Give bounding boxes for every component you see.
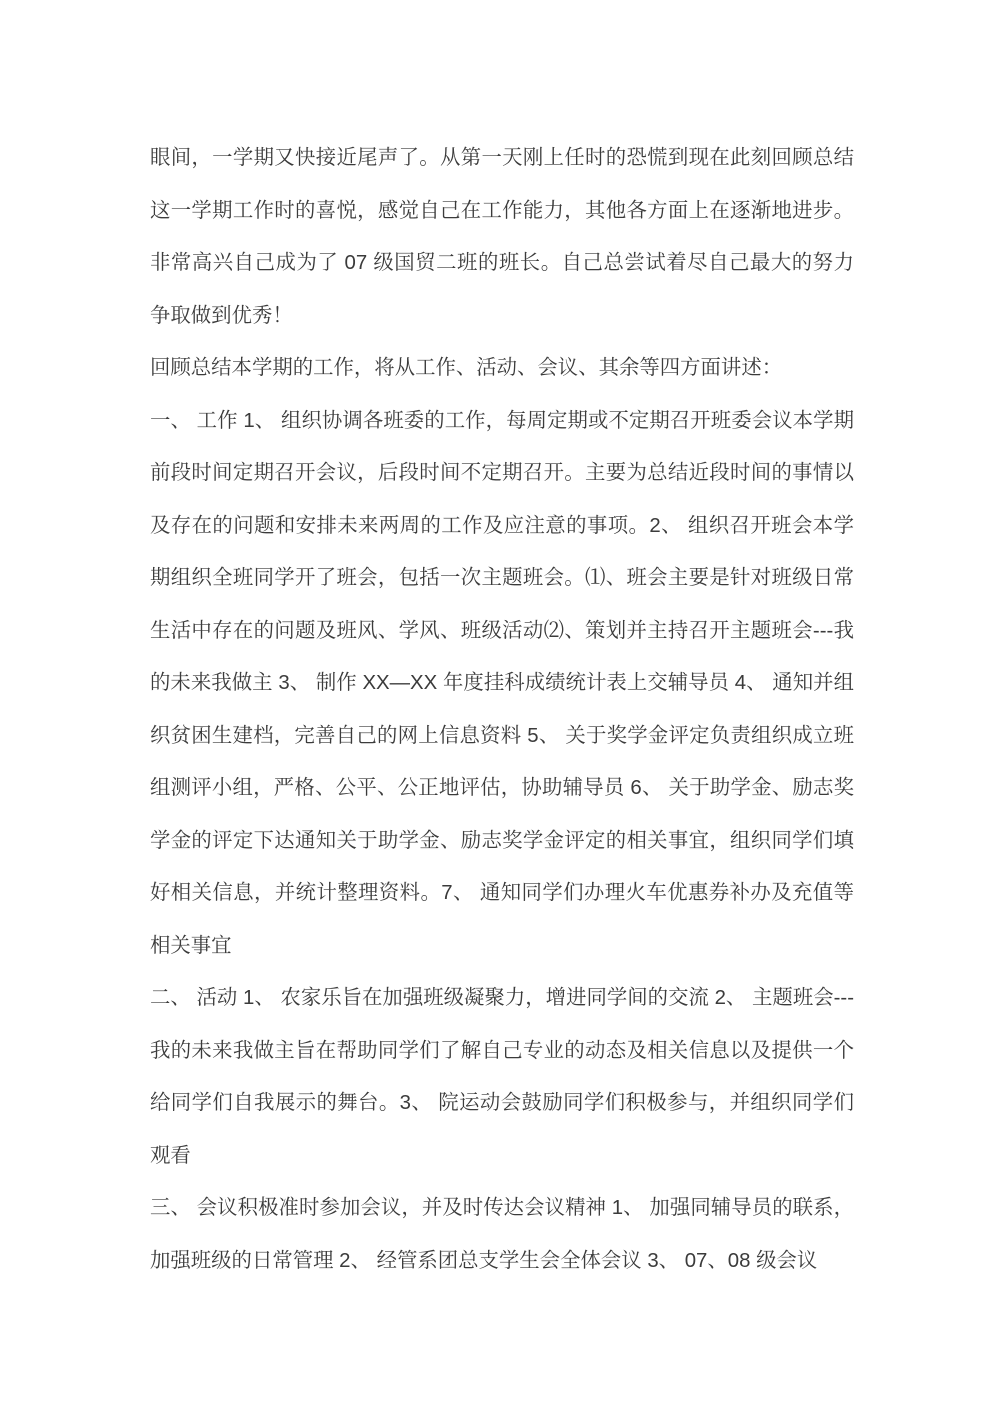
text-line: 前段时间定期召开会议，后段时间不定期召开。主要为总结近段时间的事情以 <box>150 447 854 500</box>
document-page: 眼间，一学期又快接近尾声了。从第一天刚上任时的恐慌到现在此刻回顾总结这一学期工作… <box>0 0 1000 1415</box>
text-line: 给同学们自我展示的舞台。3、 院运动会鼓励同学们积极参与，并组织同学们 <box>150 1077 854 1130</box>
document-body: 眼间，一学期又快接近尾声了。从第一天刚上任时的恐慌到现在此刻回顾总结这一学期工作… <box>150 132 854 1287</box>
text-line: 好相关信息，并统计整理资料。7、 通知同学们办理火车优惠券补办及充值等 <box>150 867 854 920</box>
text-line: 相关事宜 <box>150 920 854 973</box>
text-line: 非常高兴自己成为了 07 级国贸二班的班长。自己总尝试着尽自己最大的努力 <box>150 237 854 290</box>
text-line: 争取做到优秀！ <box>150 290 854 343</box>
text-line: 二、 活动 1、 农家乐旨在加强班级凝聚力，增进同学间的交流 2、 主题班会--… <box>150 972 854 1025</box>
text-line: 一、 工作 1、 组织协调各班委的工作，每周定期或不定期召开班委会议本学期 <box>150 395 854 448</box>
text-line: 回顾总结本学期的工作，将从工作、活动、会议、其余等四方面讲述： <box>150 342 854 395</box>
paragraph: 回顾总结本学期的工作，将从工作、活动、会议、其余等四方面讲述： <box>150 342 854 395</box>
text-line: 及存在的问题和安排未来两周的工作及应注意的事项。2、 组织召开班会本学 <box>150 500 854 553</box>
text-line: 眼间，一学期又快接近尾声了。从第一天刚上任时的恐慌到现在此刻回顾总结 <box>150 132 854 185</box>
text-line: 期组织全班同学开了班会，包括一次主题班会。⑴、班会主要是针对班级日常 <box>150 552 854 605</box>
text-line: 学金的评定下达通知关于助学金、励志奖学金评定的相关事宜，组织同学们填 <box>150 815 854 868</box>
text-line: 观看 <box>150 1130 854 1183</box>
paragraph: 眼间，一学期又快接近尾声了。从第一天刚上任时的恐慌到现在此刻回顾总结这一学期工作… <box>150 132 854 342</box>
text-line: 这一学期工作时的喜悦，感觉自己在工作能力，其他各方面上在逐渐地进步。 <box>150 185 854 238</box>
paragraph: 三、 会议积极准时参加会议，并及时传达会议精神 1、 加强同辅导员的联系，加强班… <box>150 1182 854 1287</box>
paragraph: 二、 活动 1、 农家乐旨在加强班级凝聚力，增进同学间的交流 2、 主题班会--… <box>150 972 854 1182</box>
text-line: 加强班级的日常管理 2、 经管系团总支学生会全体会议 3、 07、08 级会议 <box>150 1235 854 1288</box>
text-line: 生活中存在的问题及班风、学风、班级活动⑵、策划并主持召开主题班会---我 <box>150 605 854 658</box>
paragraph: 一、 工作 1、 组织协调各班委的工作，每周定期或不定期召开班委会议本学期前段时… <box>150 395 854 973</box>
text-line: 织贫困生建档，完善自己的网上信息资料 5、 关于奖学金评定负责组织成立班 <box>150 710 854 763</box>
text-line: 三、 会议积极准时参加会议，并及时传达会议精神 1、 加强同辅导员的联系， <box>150 1182 854 1235</box>
text-line: 组测评小组，严格、公平、公正地评估，协助辅导员 6、 关于助学金、励志奖 <box>150 762 854 815</box>
text-line: 的未来我做主 3、 制作 XX—XX 年度挂科成绩统计表上交辅导员 4、 通知并… <box>150 657 854 710</box>
text-line: 我的未来我做主旨在帮助同学们了解自己专业的动态及相关信息以及提供一个 <box>150 1025 854 1078</box>
